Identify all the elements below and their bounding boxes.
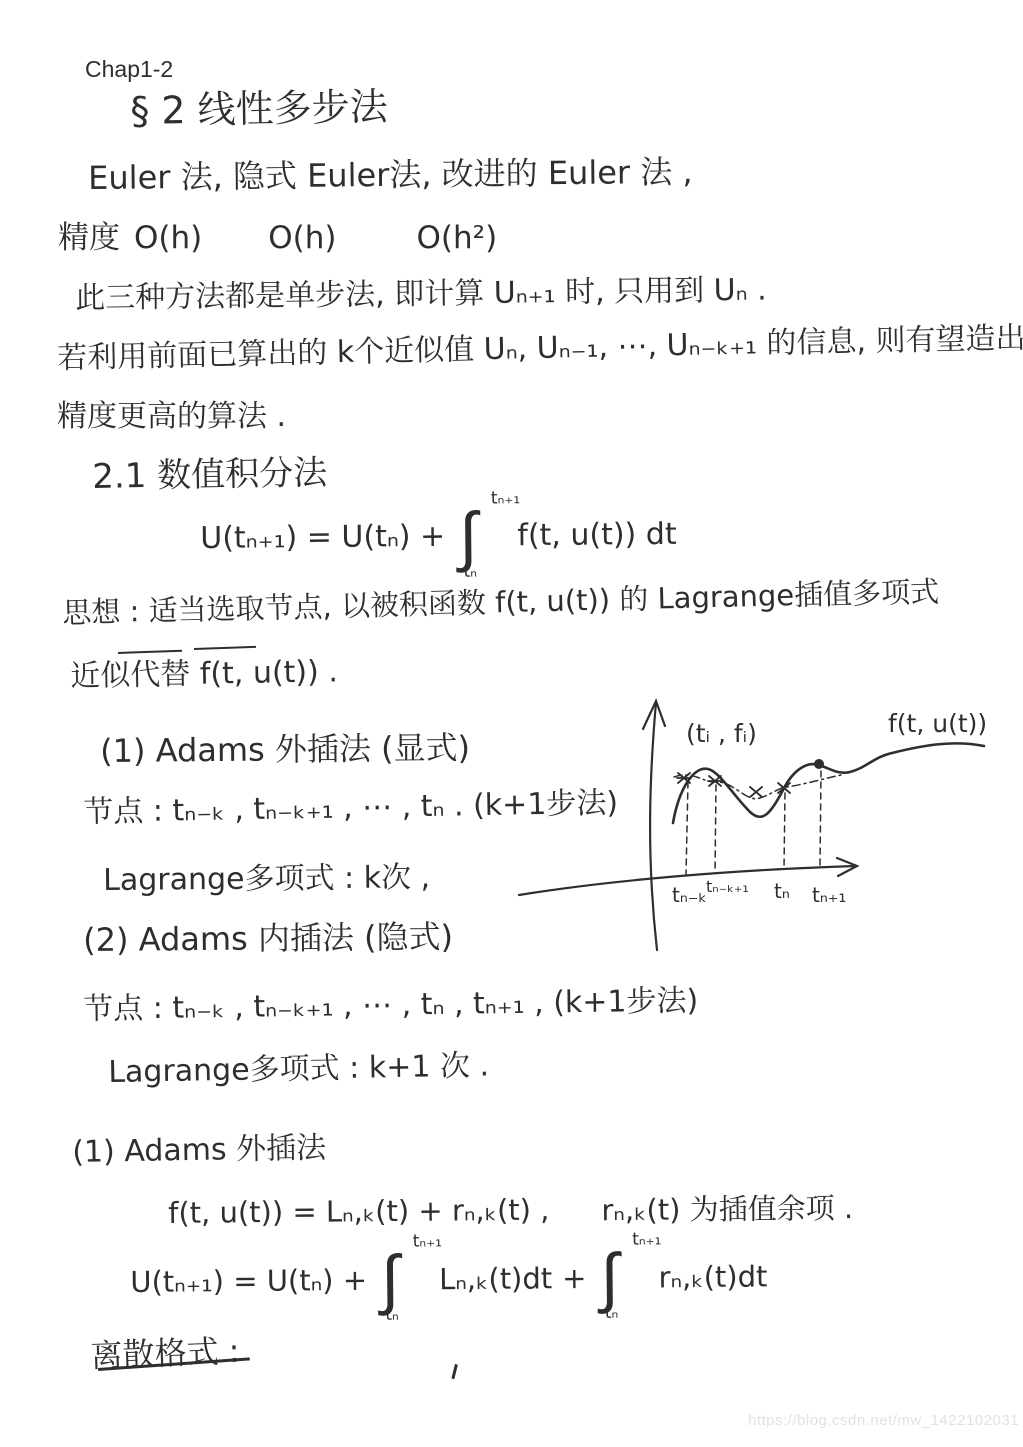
interpolation-sketch: (tᵢ , fᵢ) f(t, u(t)) tₙ₋ₖ tₙ₋ₖ₊₁ tₙ tₙ₊₁: [552, 682, 1017, 967]
y-axis: [650, 702, 657, 950]
integral-integrand: rₙ,ₖ(t)dt: [658, 1259, 767, 1294]
integral-upper-limit: tₙ₊₁: [632, 1229, 661, 1249]
decomposition-equation: f(t, u(t)) = Lₙ,ₖ(t) + rₙ,ₖ(t) ,: [168, 1192, 550, 1229]
figure-tick-label-tn: tₙ: [774, 879, 790, 903]
subsection-title: 2.1 数值积分法: [92, 454, 328, 497]
node-drop-lines: [686, 771, 821, 875]
integral-upper-limit: tₙ₊₁: [491, 488, 520, 508]
figure-tick-label-tn1: tₙ₊₁: [812, 883, 846, 907]
integral-integrand: Lₙ,ₖ(t)dt: [439, 1261, 552, 1296]
split-integral-equation: U(tₙ₊₁) = U(tₙ) + ∫ tₙ₊₁ tₙ Lₙ,ₖ(t)dt + …: [130, 1241, 768, 1316]
integral-sign: ∫: [459, 502, 478, 571]
idea-line-1: 思想 : 适当选取节点, 以被积函数 f(t, u(t)) 的 Lagrange…: [62, 576, 940, 631]
accuracy-order-improved: O(h²): [417, 220, 498, 256]
integral-integrand: f(t, u(t)) dt: [517, 517, 677, 553]
paragraph-single-step: 此三种方法都是单步法, 即计算 Uₙ₊₁ 时, 只用到 Uₙ .: [75, 274, 767, 317]
chapter-header: Chap1-2: [85, 56, 173, 82]
function-curve: [673, 743, 984, 823]
adams-implicit-lagrange: Lagrange多项式 : k+1 次 .: [108, 1049, 489, 1090]
integral-upper-limit: tₙ₊₁: [413, 1231, 442, 1251]
integral-equation-lhs: U(tₙ₊₁) = U(tₙ) +: [200, 519, 445, 556]
watermark-url: https://blog.csdn.net/mw_1422102031: [748, 1412, 1019, 1429]
accuracy-row: 精度O(h)O(h)O(h²): [58, 221, 497, 257]
accuracy-order-euler: O(h): [134, 220, 202, 256]
figure-tick-label-tn-k: tₙ₋ₖ: [672, 883, 707, 907]
decomposition-formula: f(t, u(t)) = Lₙ,ₖ(t) + rₙ,ₖ(t) , rₙ,ₖ(t)…: [168, 1186, 853, 1233]
integral-lower-limit: tₙ: [385, 1305, 399, 1325]
split-integral-lhs: U(tₙ₊₁) = U(tₙ) +: [130, 1263, 367, 1299]
accuracy-order-implicit: O(h): [268, 220, 336, 256]
notebook-page: Chap1-2 § 2 线性多步法 Euler 法, 隐式 Euler法, 改进…: [0, 0, 1023, 1447]
integral-sign: ∫: [381, 1245, 400, 1314]
euler-methods-line: Euler 法, 隐式 Euler法, 改进的 Euler 法 ,: [88, 154, 693, 197]
underline-mark: [118, 650, 182, 654]
adams-explicit-title: (1) Adams 外插法 (显式): [100, 730, 470, 770]
integral-lower-limit: tₙ: [463, 562, 477, 582]
stray-pen-mark: [451, 1364, 457, 1379]
adams-derivation-title: (1) Adams 外插法: [72, 1132, 326, 1171]
plus-sign: +: [562, 1261, 587, 1295]
adams-explicit-nodes: 节点 : tₙ₋ₖ , tₙ₋ₖ₊₁ , ⋯ , tₙ . (k+1步法): [83, 787, 618, 831]
underline-mark: [194, 646, 256, 650]
adams-explicit-lagrange: Lagrange多项式 : k次 ,: [103, 861, 430, 898]
adams-implicit-nodes: 节点 : tₙ₋ₖ , tₙ₋ₖ₊₁ , ⋯ , tₙ , tₙ₊₁ , (k+…: [83, 984, 698, 1027]
paragraph-higher-accuracy: 精度更高的算法 .: [57, 400, 286, 435]
integral-operator: ∫ tₙ₊₁ tₙ: [596, 1242, 649, 1312]
figure-tick-label-tn-k1: tₙ₋ₖ₊₁: [706, 877, 749, 896]
remainder-note: rₙ,ₖ(t) 为插值余项 .: [601, 1186, 853, 1229]
figure-curve-label: f(t, u(t)): [888, 709, 987, 738]
integral-operator: ∫ tₙ₊₁ tₙ: [377, 1244, 430, 1314]
interpolation-curve: [674, 775, 841, 799]
extrapolation-point-dot: [814, 759, 824, 769]
adams-implicit-title: (2) Adams 内插法 (隐式): [83, 919, 453, 959]
accuracy-label: 精度: [58, 220, 120, 256]
integral-equation: U(tₙ₊₁) = U(tₙ) + ∫ tₙ₊₁ tₙ f(t, u(t)) d…: [200, 500, 677, 573]
integral-lower-limit: tₙ: [605, 1303, 619, 1323]
idea-line-2: 近似代替 f(t, u(t)) .: [70, 655, 338, 694]
section-title: § 2 线性多步法: [130, 86, 388, 134]
figure-point-label: (tᵢ , fᵢ): [686, 719, 757, 748]
paragraph-use-previous-values: 若利用前面已算出的 k个近似值 Uₙ, Uₙ₋₁, ⋯, Uₙ₋ₖ₊₁ 的信息,…: [57, 322, 1023, 377]
integral-operator: ∫ tₙ₊₁ tₙ: [455, 501, 508, 571]
integral-sign: ∫: [600, 1243, 619, 1312]
